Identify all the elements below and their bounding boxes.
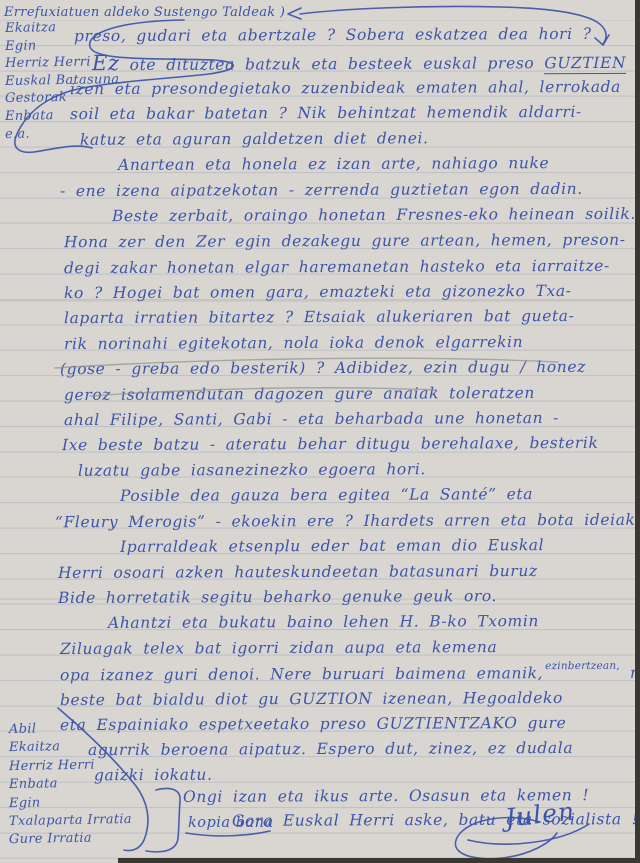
line-text: Bide horretatik segitu beharko genuke ge… [58,587,497,607]
line-text: geroz isolamendutan dagozen gure anaiak … [64,384,535,404]
margin-list-item: Gure Irratia [9,829,132,850]
line-text: Ixe beste batzu - ateratu behar ditugu b… [62,434,599,454]
line-text: Gora Euskal Herri aske, batu eta soziali… [232,810,639,830]
handwritten-line: Posible dea gauza bera egitea “La Santé”… [120,485,533,505]
handwritten-line: - ene izena aipatzekotan - zerrenda guzt… [60,180,583,200]
handwritten-line: Herri osoari azken hauteskundeetan batas… [58,562,538,582]
handwritten-line: eta Espainiako espetxeetako preso GUZTIE… [60,714,566,734]
handwritten-line: Iparraldeak etsenplu eder bat eman dio E… [120,536,544,556]
handwritten-line: soil eta bakar batetan ? Nik behintzat h… [70,103,582,123]
scan-edge-right [635,0,640,863]
handwritten-line: preso, gudari eta abertzale ? Sobera esk… [74,25,592,45]
line-text: laparta irratien bitartez ? Etsaiak aluk… [64,307,575,327]
line-text: Iparraldeak etsenplu eder bat eman dio E… [120,536,544,556]
line-text: Herri osoari azken hauteskundeetan batas… [58,562,538,582]
line-text: katuz eta aguran galdetzen diet denei. [80,129,429,149]
handwritten-line: Anartean eta honela ez izan arte, nahiag… [118,154,549,174]
scan-edge-bottom [118,858,640,863]
handwritten-line: Ziluagak telex bat igorri zidan aupa eta… [60,638,497,658]
line-text: - ene izena aipatzekotan - zerrenda guzt… [60,180,583,200]
paper-crease [0,598,640,600]
bottom-margin-bracket [146,788,180,851]
line-text: ote dituztea batzuk eta besteek euskal p… [120,54,545,74]
line-text: rik norinahi egitekotan, nola ioka denok… [64,333,523,353]
line-text: agurrik beroena aipatuz. Espero dut, zin… [88,739,573,759]
line-text: luzatu gabe iasanezinezko egoera hori. [78,460,426,480]
copy-note-underline [186,831,270,836]
line-text: Posible dea gauza bera egitea “La Santé”… [120,485,533,505]
line-text: Hona zer den Zer egin dezakegu gure arte… [64,231,626,251]
underlined-text: GUZTIEN [544,54,626,74]
handwritten-line: “Fleury Merogis” - ekoekin ere ? Ihardet… [55,511,636,532]
margin-list-item: Ekaitza [9,737,132,758]
handwritten-line: laparta irratien bitartez ? Etsaiak aluk… [64,307,575,327]
insertion-arrowhead-down-icon [595,35,609,45]
insertion-arrowhead-left-icon [288,8,301,19]
bottom-margin-distribution-list: AbilEkaitzaHerriz HerriEnbataEginTxalapa… [9,720,132,849]
paper-crease [0,300,640,302]
handwritten-line: Ahantzi eta bukatu baino lehen H. B-ko T… [108,612,539,632]
top-margin-annotation: Errefuxiatuen aldeko Sustengo Taldeak ) [4,5,285,20]
handwritten-line: izen eta presondegietako zuzenbideak ema… [70,78,621,98]
line-text: opa izanez guri denoi. Nere buruari baim… [60,664,543,684]
handwritten-line: Beste zerbait, oraingo honetan Fresnes-e… [112,205,636,225]
handwritten-line: luzatu gabe iasanezinezko egoera hori. [78,460,426,480]
line-text: beste bat bialdu diot gu GUZTION izenean… [60,689,563,709]
handwritten-line: Gora Euskal Herri aske, batu eta soziali… [232,810,639,830]
copy-note: kopia bana [188,815,274,831]
handwritten-line: Ez ote dituztea batzuk eta besteek euska… [92,49,626,75]
handwritten-line: Hona zer den Zer egin dezakegu gure arte… [64,231,626,251]
handwritten-line: opa izanez guri denoi. Nere buruari baim… [60,664,640,685]
handwritten-line: katuz eta aguran galdetzen diet denei. [80,129,429,149]
handwritten-line: (gose - greba edo besterik) ? Adibidez, … [60,358,586,378]
line-text: soil eta bakar batetan ? Nik behintzat h… [70,103,582,123]
handwritten-line: beste bat bialdu diot gu GUZTION izenean… [60,689,563,709]
scanned-letter-page: Errefuxiatuen aldeko Sustengo Taldeak ) … [0,0,640,863]
line-text: Ziluagak telex bat igorri zidan aupa eta… [60,638,497,658]
handwritten-line: Bide horretatik segitu beharko genuke ge… [58,587,497,607]
margin-list-item: Egin [9,793,132,814]
line-text: preso, gudari eta abertzale ? Sobera esk… [74,25,592,45]
line-text: (gose - greba edo besterik) ? Adibidez, … [60,358,586,378]
handwritten-line: geroz isolamendutan dagozen gure anaiak … [64,384,535,404]
line-text: degi zakar honetan elgar haremanetan has… [64,257,610,277]
line-text: ahal Filipe, Santi, Gabi - eta beharbada… [64,409,559,429]
line-text: Ez [92,51,120,75]
line-text: Beste zerbait, oraingo honetan Fresnes-e… [112,205,636,225]
handwritten-line: rik norinahi egitekotan, nola ioka denok… [64,333,523,353]
line-text: izen eta presondegietako zuzenbideak ema… [70,78,621,98]
line-text: Ahantzi eta bukatu baino lehen H. B-ko T… [108,612,539,632]
handwritten-line: degi zakar honetan elgar haremanetan has… [64,257,610,277]
handwritten-line: agurrik beroena aipatuz. Espero dut, zin… [88,739,573,759]
handwritten-line: ahal Filipe, Santi, Gabi - eta beharbada… [64,409,559,429]
handwritten-line: Ixe beste batzu - ateratu behar ditugu b… [62,434,599,454]
margin-list-item: Enbata [9,774,132,795]
margin-list-item: Herriz Herri [9,756,132,777]
line-text: “Fleury Merogis” - ekoekin ere ? Ihardet… [55,511,636,532]
inserted-text: ezinbertzean, [545,660,620,672]
line-text: Anartean eta honela ez izan arte, nahiag… [118,154,549,174]
line-text: eta Espainiako espetxeetako preso GUZTIE… [60,714,566,734]
